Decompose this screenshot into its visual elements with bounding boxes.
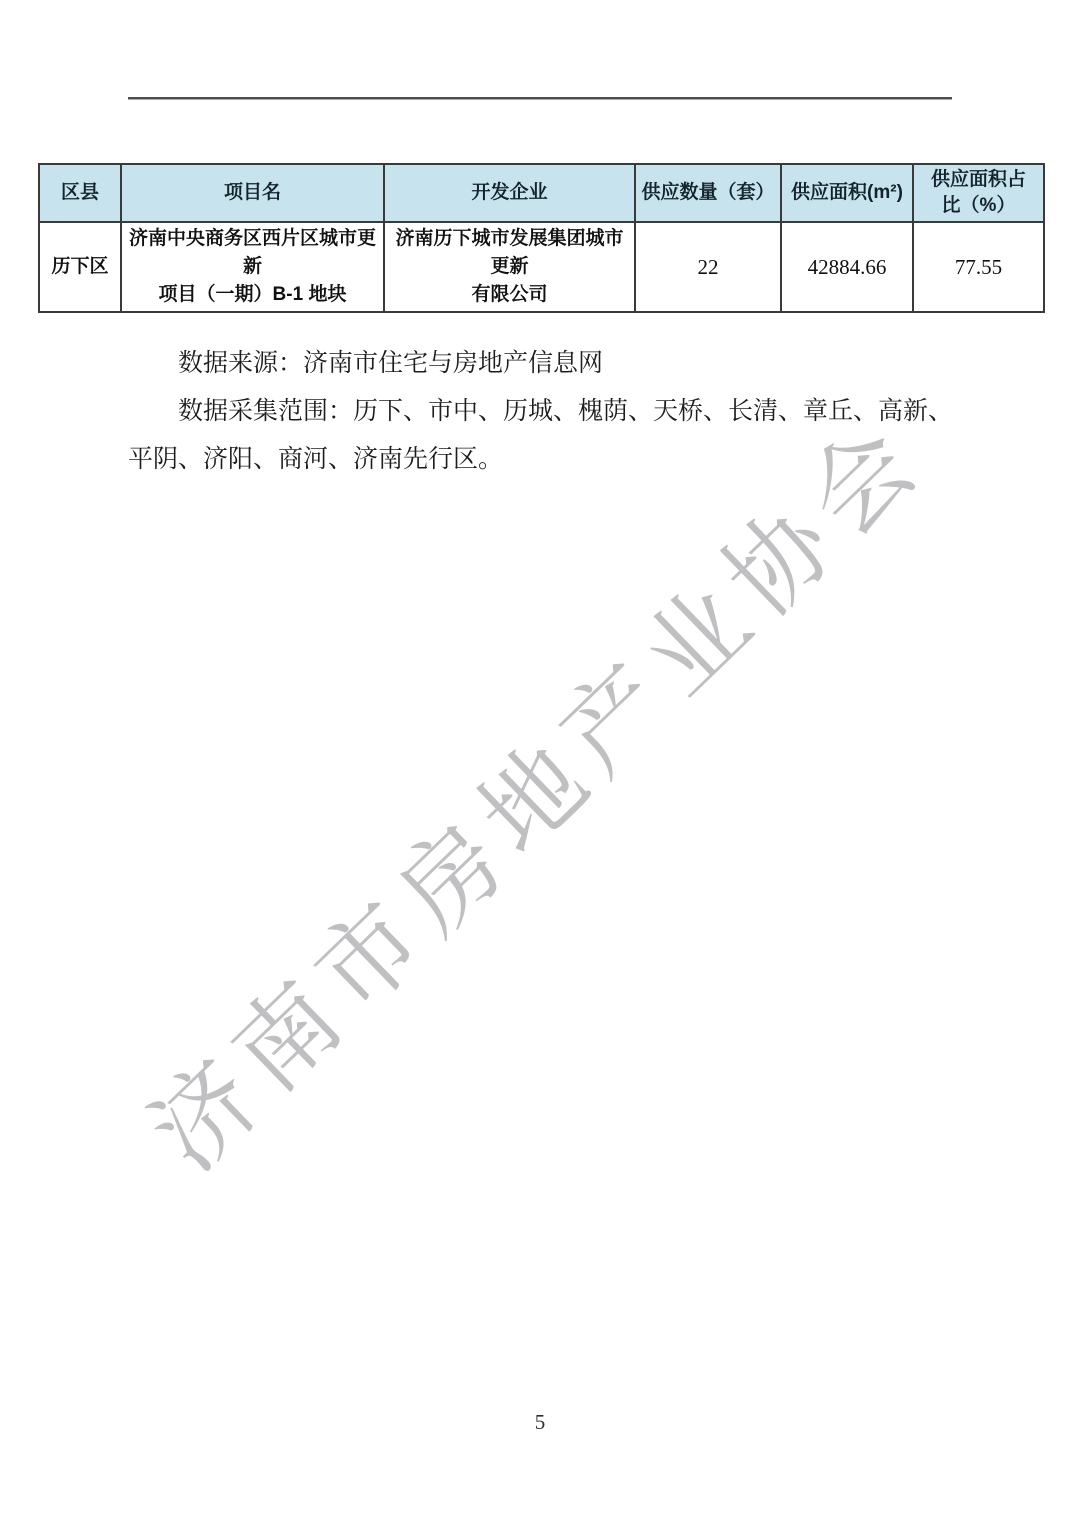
- area-share-cell: 77.55: [913, 222, 1044, 312]
- developer-cell: 济南历下城市发展集团城市更新 有限公司: [384, 222, 635, 312]
- project-name-cell: 济南中央商务区西片区城市更新 项目（一期）B-1 地块: [121, 222, 384, 312]
- district-value: 历下区: [44, 253, 116, 281]
- header-cell-developer: 开发企业: [384, 164, 635, 222]
- diagonal-watermark: 济南市房地产业协会: [113, 380, 951, 1196]
- developer-line: 济南历下城市发展集团城市更新: [389, 225, 630, 281]
- header-cell-area-share: 供应面积占 比（%）: [913, 164, 1044, 222]
- header-cell-quantity: 供应数量（套）: [635, 164, 781, 222]
- project-name-line: 济南中央商务区西片区城市更新: [126, 225, 379, 281]
- header-label: 供应面积(m²): [786, 180, 908, 206]
- supply-table-body: 历下区 济南中央商务区西片区城市更新 项目（一期）B-1 地块 济南历下城市发展…: [39, 222, 1044, 312]
- body-text: 数据来源：济南市住宅与房地产信息网 数据采集范围：历下、市中、历城、槐荫、天桥、…: [128, 340, 960, 484]
- district-cell: 历下区: [39, 222, 121, 312]
- developer-line: 有限公司: [389, 281, 630, 309]
- supply-table: 区县 项目名 开发企业 供应数量（套） 供应面积(m²) 供: [38, 163, 1045, 313]
- data-source-line: 数据来源：济南市住宅与房地产信息网: [128, 340, 960, 388]
- document-page: 济南市房地产业协会 区县 项目名: [0, 0, 1080, 1527]
- table-row: 历下区 济南中央商务区西片区城市更新 项目（一期）B-1 地块 济南历下城市发展…: [39, 222, 1044, 312]
- header-label: 区县: [44, 180, 116, 206]
- header-cell-area: 供应面积(m²): [781, 164, 913, 222]
- header-cell-project: 项目名: [121, 164, 384, 222]
- header-label: 项目名: [126, 180, 379, 206]
- header-cell-district: 区县: [39, 164, 121, 222]
- header-label: 比（%）: [918, 193, 1039, 219]
- data-scope-line-2: 平阴、济阳、商河、济南先行区。: [128, 436, 960, 484]
- data-scope-line-1: 数据采集范围：历下、市中、历城、槐荫、天桥、长清、章丘、高新、: [128, 388, 960, 436]
- area-cell: 42884.66: [781, 222, 913, 312]
- project-name-line: 项目（一期）B-1 地块: [126, 281, 379, 309]
- supply-table-header: 区县 项目名 开发企业 供应数量（套） 供应面积(m²) 供: [39, 164, 1044, 222]
- header-label: 供应面积占: [918, 167, 1039, 193]
- header-rule: [128, 97, 952, 100]
- quantity-cell: 22: [635, 222, 781, 312]
- header-row: 区县 项目名 开发企业 供应数量（套） 供应面积(m²) 供: [39, 164, 1044, 222]
- header-label: 开发企业: [389, 180, 630, 206]
- page-number: 5: [0, 1410, 1080, 1435]
- header-label: 供应数量（套）: [640, 180, 776, 206]
